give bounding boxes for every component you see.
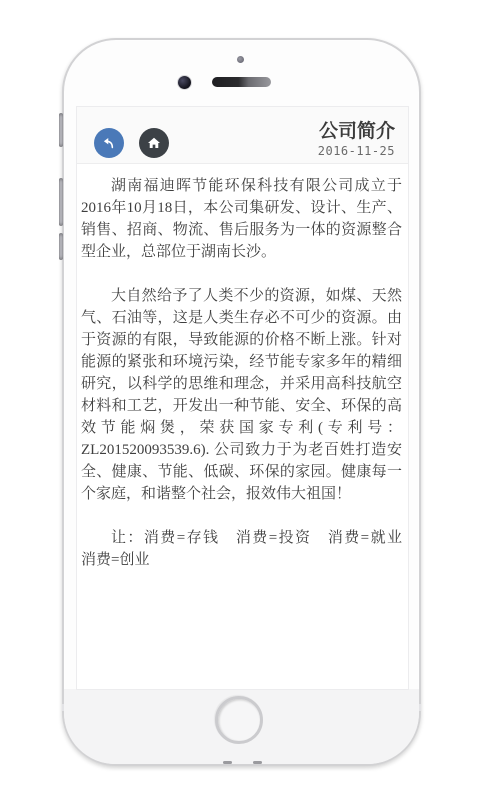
bottom-edge-notch [253,761,262,764]
app-screen: 公司简介 2016-11-25 湖南福迪晖节能环保科技有限公司成立于2016年1… [77,107,408,689]
front-camera [178,76,191,89]
page-background: 公司简介 2016-11-25 湖南福迪晖节能环保科技有限公司成立于2016年1… [0,0,480,800]
article-paragraph: 让：消费=存钱 消费=投资 消费=就业 消费=创业 [81,527,402,571]
article-body: 湖南福迪晖节能环保科技有限公司成立于2016年10月18日，本公司集研发、设计、… [77,164,408,689]
page-date: 2016-11-25 [318,144,395,158]
mute-switch [59,113,63,147]
header-title-block: 公司简介 2016-11-25 [318,121,395,158]
back-button[interactable] [94,128,124,158]
article-paragraph: 湖南福迪晖节能环保科技有限公司成立于2016年10月18日，本公司集研发、设计、… [81,175,402,263]
hardware-home-button [215,696,263,744]
phone-frame: 公司简介 2016-11-25 湖南福迪晖节能环保科技有限公司成立于2016年1… [62,38,421,766]
earpiece-speaker [212,77,271,87]
back-arrow-icon [100,134,118,152]
home-icon [146,135,162,151]
volume-up-button [59,178,63,226]
volume-down-button [59,233,63,260]
app-header: 公司简介 2016-11-25 [77,107,408,164]
page-title: 公司简介 [318,121,395,142]
home-button[interactable] [139,128,169,158]
bottom-edge-notch [223,761,232,764]
article-paragraph: 大自然给予了人类不少的资源，如煤、天然气、石油等，这是人类生存必不可少的资源。由… [81,285,402,505]
proximity-sensor-dot [237,56,244,63]
